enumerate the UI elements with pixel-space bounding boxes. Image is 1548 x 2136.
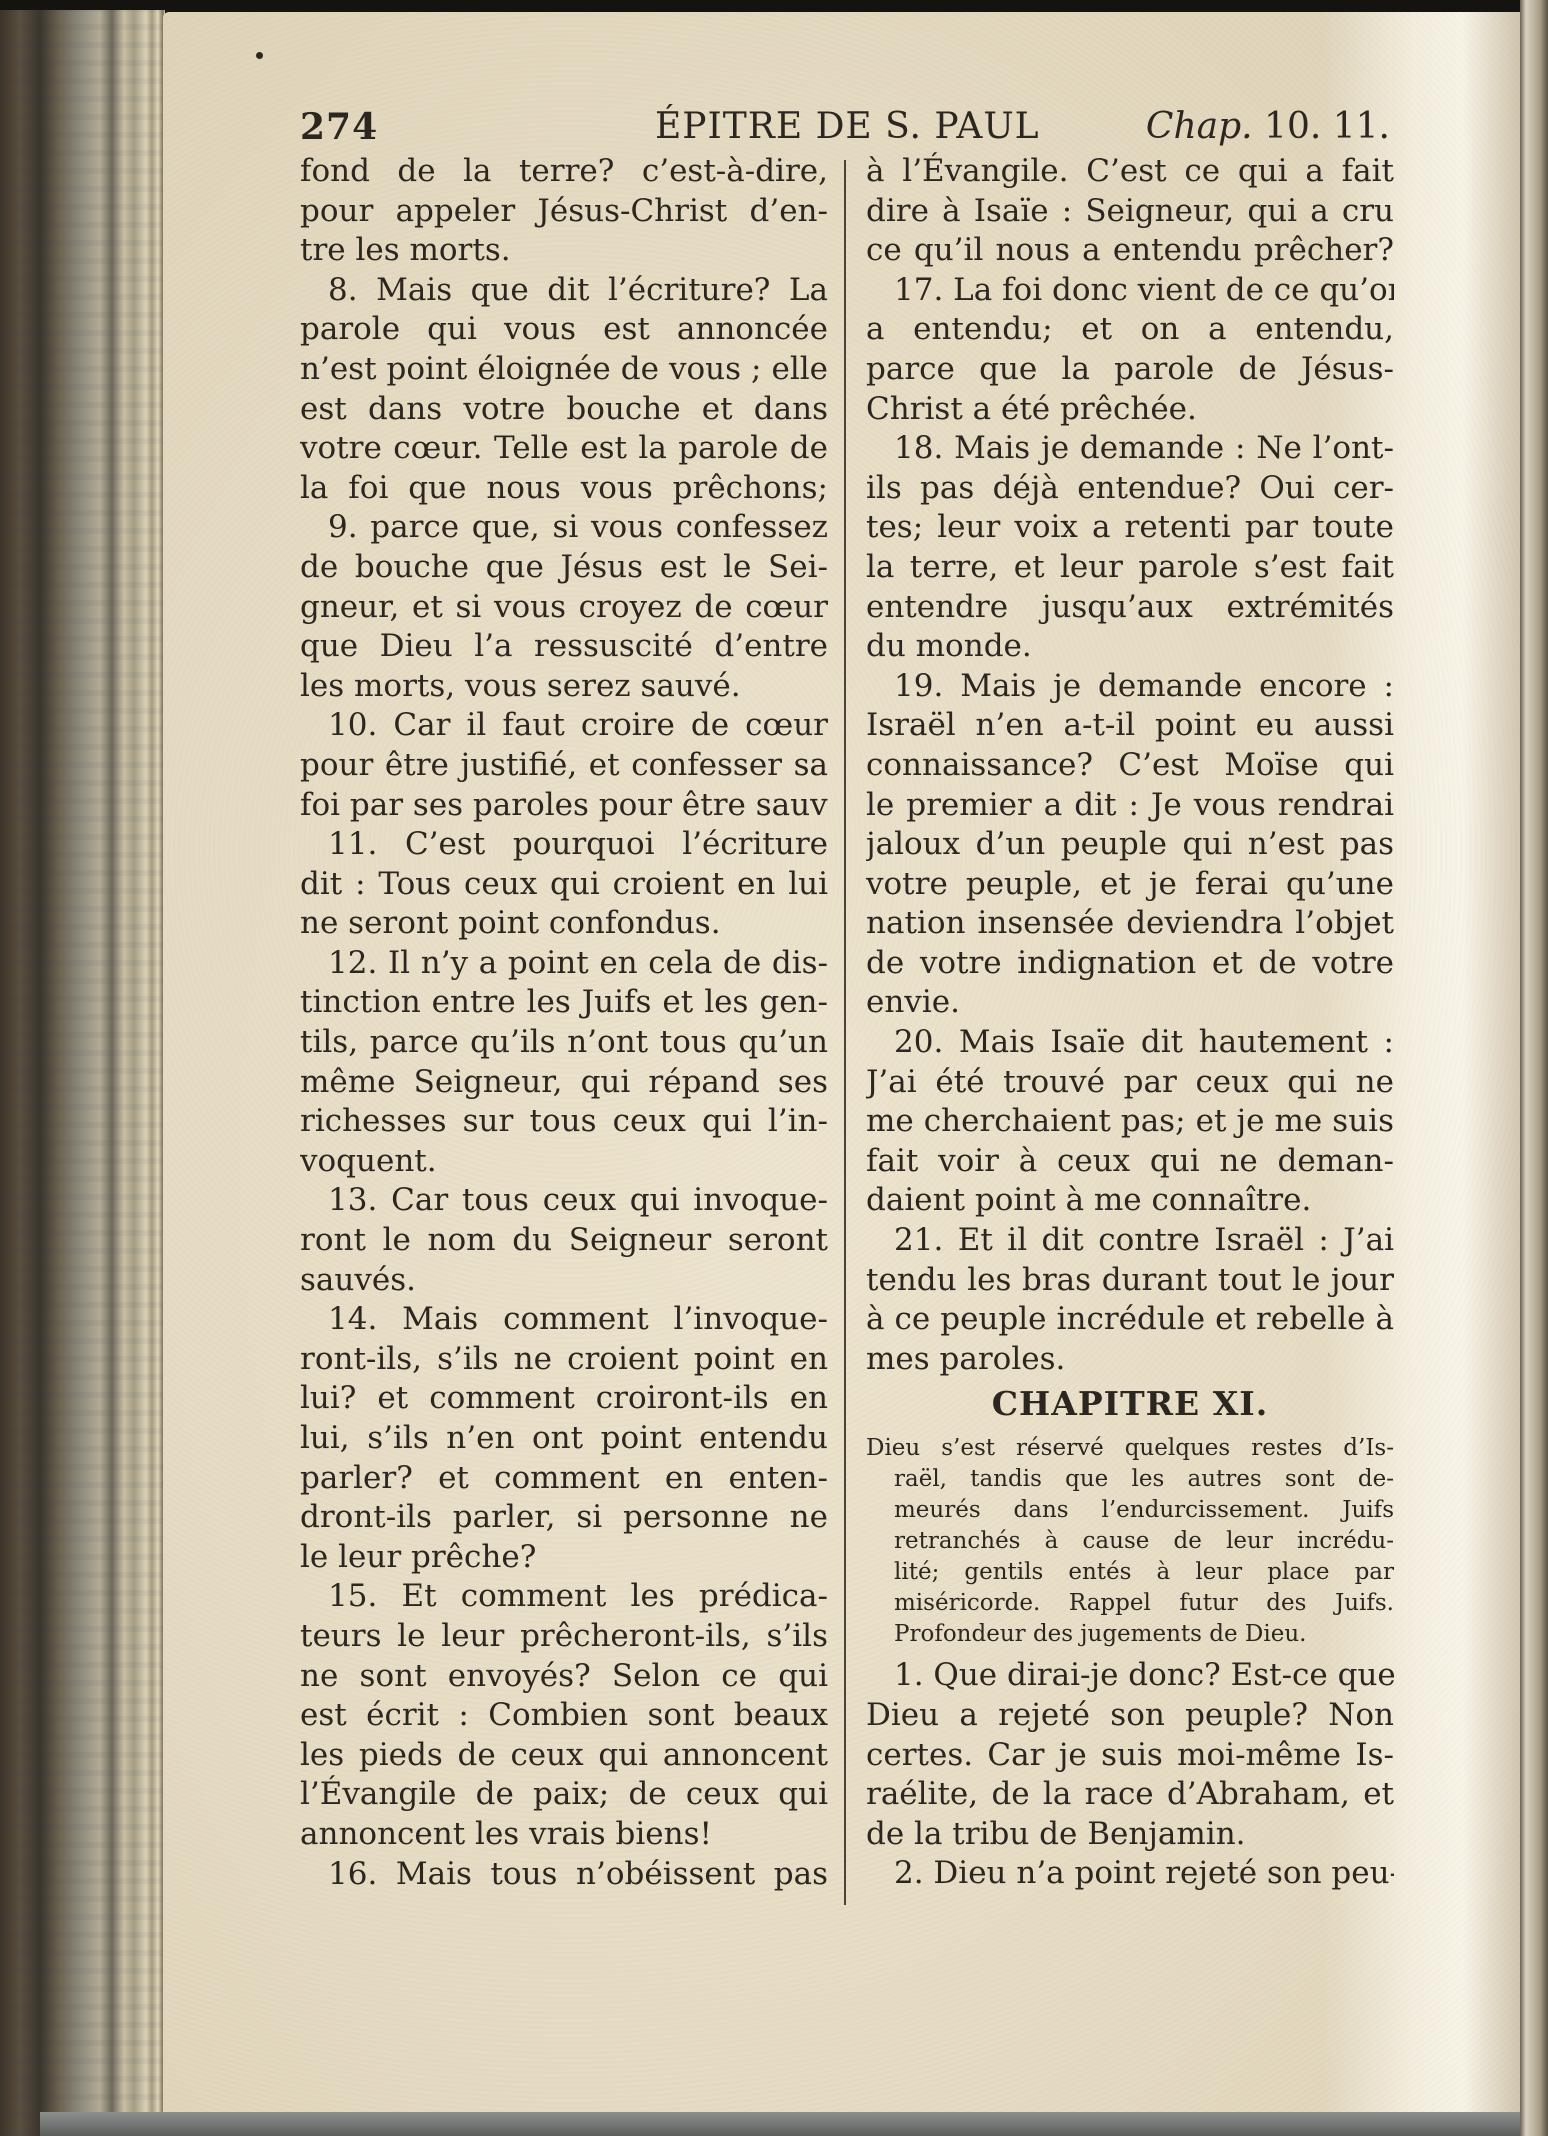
text-line: de votre indignation et de votre [866,944,1394,984]
text-line: ils pas déjà entendue? Oui cer- [866,469,1394,509]
text-line: foi par ses paroles pour être sauvé. [300,786,828,826]
text-line: J’ai été trouvé par ceux qui ne [866,1063,1394,1103]
text-line: voquent. [300,1142,828,1182]
text-line: parce que la parole de Jésus- [866,350,1394,390]
text-line: tre les morts. [300,231,828,271]
text-line: 16. Mais tous n’obéissent pas [300,1855,828,1895]
text-line: ront le nom du Seigneur seront [300,1221,828,1261]
chapter-label: Chap. [1146,106,1253,147]
text-line: dront-ils parler, si personne ne [300,1498,828,1538]
text-line: n’est point éloignée de vous ; elle [300,350,828,390]
summary-line: Dieu s’est réservé quelques restes d’Is- [866,1433,1394,1464]
text-line: à ce peuple incrédule et rebelle à [866,1300,1394,1340]
text-line: lui, s’ils n’en ont point entendu [300,1419,828,1459]
book-title: ÉPITRE DE S. PAUL [655,104,1040,150]
text-line: ce qu’il nous a entendu prêcher? [866,231,1394,271]
summary-line: Profondeur des jugements de Dieu. [866,1619,1394,1650]
text-line: 9. parce que, si vous confessez [300,508,828,548]
text-line: pour être justifié, et confesser sa [300,746,828,786]
summary-line: retranchés à cause de leur incrédu- [866,1526,1394,1557]
text-line: l’Évangile de paix; de ceux qui [300,1775,828,1815]
text-line: connaissance? C’est Moïse qui [866,746,1394,786]
text-line: nation insensée deviendra l’objet [866,904,1394,944]
bottom-edge [40,2112,1520,2136]
right-column: à l’Évangile. C’est ce qui a faitdire à … [866,152,1394,1894]
text-line: 21. Et il dit contre Israël : J’ai [866,1221,1394,1261]
text-line: 19. Mais je demande encore : [866,667,1394,707]
text-line: la foi que nous vous prêchons; [300,469,828,509]
text-line: entendre jusqu’aux extrémités [866,588,1394,628]
text-line: de bouche que Jésus est le Sei- [300,548,828,588]
summary-line: lité; gentils entés à leur place par [866,1557,1394,1588]
chapter-summary: Dieu s’est réservé quelques restes d’Is-… [866,1433,1394,1650]
text-line: gneur, et si vous croyez de cœur [300,588,828,628]
text-line: du monde. [866,627,1394,667]
text-line: que Dieu l’a ressuscité d’entre [300,627,828,667]
text-line: jaloux d’un peuple qui n’est pas [866,825,1394,865]
chapter-11-verses: 1. Que dirai-je donc? Est-ce queDieu a r… [866,1656,1394,1894]
text-line: 14. Mais comment l’invoque- [300,1300,828,1340]
text-line: la terre, et leur parole s’est fait [866,548,1394,588]
column-divider [844,160,846,1905]
page-number: 274 [300,104,378,150]
text-line: 2. Dieu n’a point rejeté son peu- [866,1854,1394,1894]
right-column-verses: à l’Évangile. C’est ce qui a faitdire à … [866,152,1394,1379]
summary-line: miséricorde. Rappel futur des Juifs. [866,1588,1394,1619]
text-line: teurs le leur prêcheront-ils, s’ils [300,1617,828,1657]
text-line: 12. Il n’y a point en cela de dis- [300,944,828,984]
text-line: le leur prêche? [300,1538,828,1578]
text-line: fond de la terre? c’est-à-dire, [300,152,828,192]
text-line: sauvés. [300,1261,828,1301]
text-line: mes paroles. [866,1340,1394,1380]
left-column: fond de la terre? c’est-à-dire,pour appe… [300,152,828,1894]
text-line: 11. C’est pourquoi l’écriture [300,825,828,865]
text-line: 10. Car il faut croire de cœur [300,706,828,746]
running-header: 274 ÉPITRE DE S. PAUL Chap. 10. 11. [300,104,1390,150]
text-line: Israël n’en a-t-il point eu aussi [866,706,1394,746]
text-line: est écrit : Combien sont beaux [300,1696,828,1736]
summary-line: meurés dans l’endurcissement. Juifs [866,1495,1394,1526]
text-line: 20. Mais Isaïe dit hautement : [866,1023,1394,1063]
text-line: 1. Que dirai-je donc? Est-ce que [866,1656,1394,1696]
text-line: daient point à me connaître. [866,1181,1394,1221]
text-line: les morts, vous serez sauvé. [300,667,828,707]
text-line: parole qui vous est annoncée [300,310,828,350]
text-line: à l’Évangile. C’est ce qui a fait [866,152,1394,192]
binding-edge [1520,0,1548,2136]
text-line: envie. [866,983,1394,1023]
text-line: ne sont envoyés? Selon ce qui [300,1657,828,1697]
text-line: parler? et comment en enten- [300,1459,828,1499]
text-line: richesses sur tous ceux qui l’in- [300,1102,828,1142]
text-line: dit : Tous ceux qui croient en lui [300,865,828,905]
summary-line: raël, tandis que les autres sont de- [866,1464,1394,1495]
text-line: me cherchaient pas; et je me suis [866,1102,1394,1142]
ink-speck [256,52,263,59]
text-line: de la tribu de Benjamin. [866,1815,1394,1855]
text-line: annoncent les vrais biens! [300,1815,828,1855]
text-line: les pieds de ceux qui annoncent [300,1736,828,1776]
text-line: tes; leur voix a retenti par toute [866,508,1394,548]
text-line: lui? et comment croiront-ils en [300,1379,828,1419]
text-line: 17. La foi donc vient de ce qu’on [866,271,1394,311]
text-line: est dans votre bouche et dans [300,390,828,430]
text-line: même Seigneur, qui répand ses [300,1063,828,1103]
text-line: fait voir à ceux qui ne deman- [866,1142,1394,1182]
text-line: tendu les bras durant tout le jour [866,1261,1394,1301]
text-line: a entendu; et on a entendu, [866,310,1394,350]
text-line: votre cœur. Telle est la parole de [300,429,828,469]
chapter-reference: Chap. 10. 11. [1146,104,1390,150]
text-line: certes. Car je suis moi-même Is- [866,1736,1394,1776]
page-edges-stack [0,10,165,2136]
text-line: tils, parce qu’ils n’ont tous qu’un [300,1023,828,1063]
text-line: 18. Mais je demande : Ne l’ont- [866,429,1394,469]
text-line: tinction entre les Juifs et les gen- [300,983,828,1023]
text-line: le premier a dit : Je vous rendrai [866,786,1394,826]
text-line: Dieu a rejeté son peuple? Non [866,1696,1394,1736]
text-line: pour appeler Jésus-Christ d’en- [300,192,828,232]
text-line: 13. Car tous ceux qui invoque- [300,1181,828,1221]
text-line: 15. Et comment les prédica- [300,1577,828,1617]
chapter-heading: CHAPITRE XI. [866,1381,1394,1427]
text-line: raélite, de la race d’Abraham, et [866,1775,1394,1815]
text-line: Christ a été prêchée. [866,390,1394,430]
text-line: dire à Isaïe : Seigneur, qui a cru [866,192,1394,232]
text-line: ne seront point confondus. [300,904,828,944]
text-line: votre peuple, et je ferai qu’une [866,865,1394,905]
text-line: ront-ils, s’ils ne croient point en [300,1340,828,1380]
text-line: 8. Mais que dit l’écriture? La [300,271,828,311]
chapter-range: 10. 11. [1264,106,1390,147]
